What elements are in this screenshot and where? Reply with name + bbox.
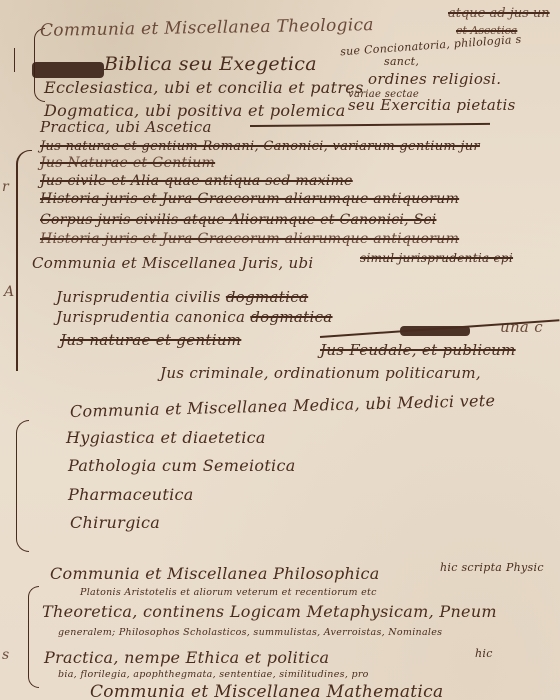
philosophica-heading-note: hic scripta Physic <box>440 562 544 573</box>
medica-line-3: Pharmaceutica <box>68 487 194 503</box>
juris-margin-letter: A <box>4 285 14 299</box>
juris-struck-4: Historia juris et Jura Graecorum aliarum… <box>40 192 459 206</box>
philosophica-line-2-sub: bia, florilegia, apophthegmata, sententi… <box>58 670 369 680</box>
juris-struck-1: Jus naturae et gentium Romani, Canonici,… <box>40 140 480 153</box>
manuscript-page: Communia et Miscellanea Theologica atque… <box>0 0 560 700</box>
juris-heading-note: simul jurisprudentia epi <box>360 252 513 264</box>
juris-struck-2: Jus Naturae et Gentium <box>40 156 215 170</box>
theologica-brace-tail <box>14 48 15 72</box>
juris-struck-3: Jus civile et Alia quae antiqua sed maxi… <box>40 174 353 188</box>
theologica-heading: Communia et Miscellanea Theologica <box>40 17 374 40</box>
juris-line-4: Jus criminale, ordinationum politicarum, <box>160 366 481 381</box>
philosophica-line-2-note: hic <box>475 648 493 659</box>
juris-struck-6: Historia juris et Jura Graecorum aliarum… <box>40 232 459 246</box>
theologica-line-1-note: sue Concionatoria, philologia s <box>340 34 522 58</box>
theologica-line-2-note: ordines religiosi. <box>368 72 501 87</box>
juris-line-2-struck: dogmatica <box>250 308 332 326</box>
medica-bracket <box>16 420 29 552</box>
medica-line-1: Hygiastica et diaetetica <box>66 430 266 446</box>
theologica-line-2: Ecclesiastica, ubi et concilia et patres <box>44 80 364 96</box>
strike-line <box>250 123 490 127</box>
theologica-line-1: Biblica seu Exegetica <box>104 55 317 74</box>
theologica-line-3: Dogmatica, ubi positiva et polemica <box>44 103 346 119</box>
philosophica-margin-left: s <box>2 648 10 662</box>
juris-line-4-struck-note: Jus Feudale, et publicum <box>320 343 516 358</box>
juris-line-3: Jus naturae et gentium <box>60 333 241 348</box>
ink-blot <box>32 62 104 78</box>
theologica-line-3-note: seu Exercitia pietatis <box>348 98 516 113</box>
philosophica-heading: Communia et Miscellanea Philosophica <box>50 566 380 582</box>
juris-margin-left: r <box>2 180 9 194</box>
juris-line-2-text: Jurisprudentia canonica <box>56 308 245 326</box>
juris-heading: Communia et Miscellanea Juris, ubi <box>32 256 314 271</box>
juris-line-1: Jurisprudentia civilis dogmatica <box>56 290 308 305</box>
philosophica-sub-heading: Platonis Aristotelis et aliorum veterum … <box>80 588 377 598</box>
philosophica-line-2: Practica, nempe Ethica et politica <box>44 650 329 666</box>
mathematica-heading: Communia et Miscellanea Mathematica <box>90 684 443 700</box>
philosophica-bracket <box>28 586 39 688</box>
theologica-line-4: Practica, ubi Ascetica <box>40 120 212 135</box>
medica-line-2: Pathologia cum Semeiotica <box>68 458 296 474</box>
juris-line-1-text: Jurisprudentia civilis <box>56 288 221 306</box>
philosophica-line-1: Theoretica, continens Logicam Metaphysic… <box>42 604 497 620</box>
juris-line-2: Jurisprudentia canonica dogmatica <box>56 310 333 325</box>
top-right-note: atque ad jus un <box>448 6 550 21</box>
medica-line-4: Chirurgica <box>70 515 160 531</box>
philosophica-line-1-sub: generalem; Philosophos Scholasticos, sum… <box>58 628 442 638</box>
juris-line-1-struck: dogmatica <box>226 288 308 306</box>
interlinear-sanct: sanct, <box>384 56 419 67</box>
medica-heading: Communia et Miscellanea Medica, ubi Medi… <box>70 393 496 420</box>
juris-bracket <box>16 150 32 371</box>
juris-struck-5: Corpus juris civilis atque Aliorumque et… <box>40 213 436 227</box>
